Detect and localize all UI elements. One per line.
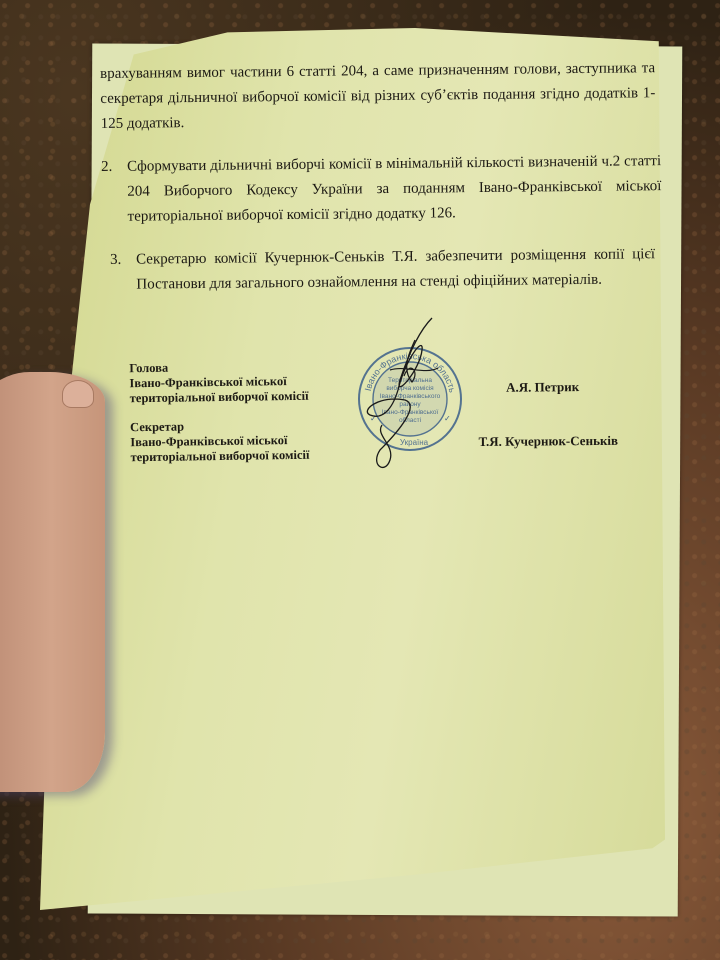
item-text: Сформувати дільничні виборчі комісії в м… — [121, 149, 662, 230]
secretary-title: Секретар Івано-Франківської міської тери… — [130, 418, 310, 465]
org-line: територіальної виборчої комісії — [130, 448, 309, 465]
document-body: врахуванням вимог частини 6 статті 204, … — [100, 56, 662, 298]
org-line: територіальної виборчої комісії — [130, 389, 309, 406]
secretary-name: Т.Я. Кучернюк-Сеньків — [478, 433, 618, 450]
signature-titles: Голова Івано-Франківської міської терито… — [129, 359, 310, 479]
list-item-3: 3. Секретарю комісії Кучернюк-Сеньків Т.… — [102, 242, 655, 298]
thumbnail-nail — [62, 380, 94, 408]
chairman-title: Голова Івано-Франківської міської терито… — [129, 359, 309, 406]
list-item-2: 2. Сформувати дільничні виборчі комісії … — [101, 149, 662, 230]
paragraph-continuation: врахуванням вимог частини 6 статті 204, … — [100, 56, 656, 137]
item-number: 3. — [110, 248, 131, 298]
item-text: Секретарю комісії Кучернюк-Сеньків Т.Я. … — [130, 242, 655, 297]
item-number: 2. — [101, 155, 122, 230]
chairman-name: А.Я. Петрик — [506, 379, 579, 396]
holding-hand — [0, 372, 105, 792]
handwritten-signature-icon — [360, 310, 450, 480]
